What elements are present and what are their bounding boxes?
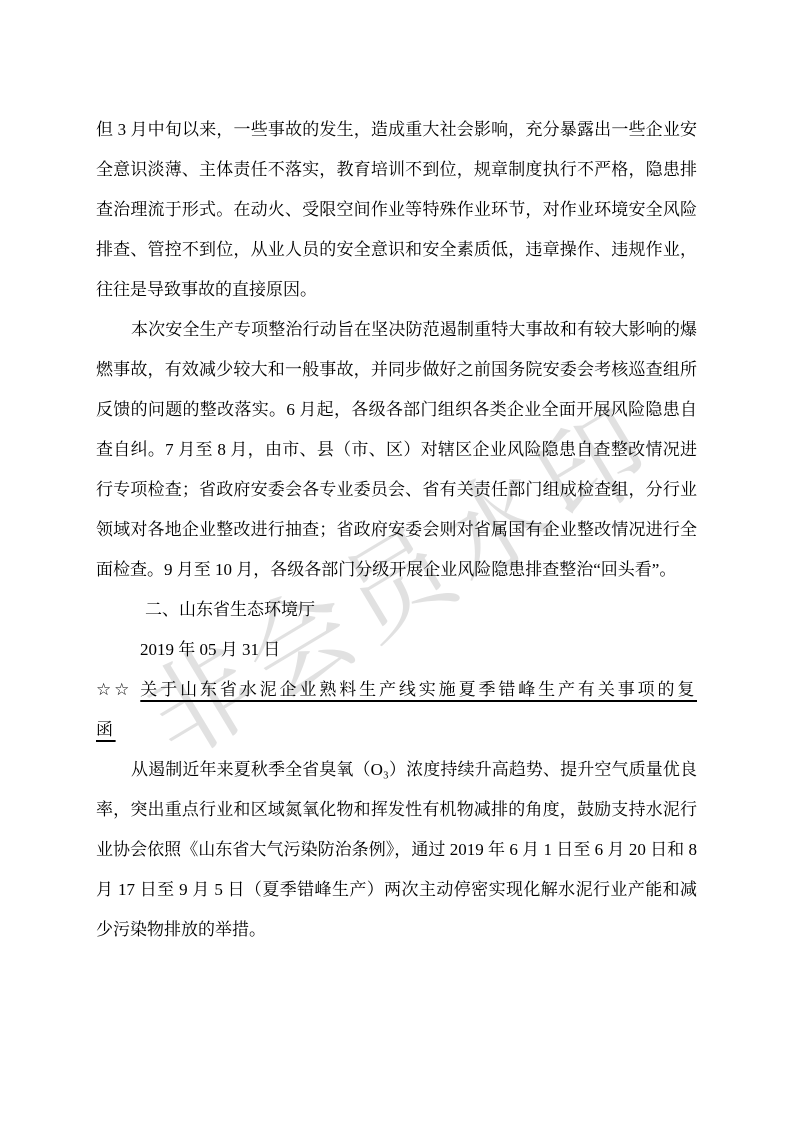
- subject-title: 关于山东省水泥企业熟料生产线实施夏季错峰生产有关事项的复函: [96, 680, 697, 739]
- paragraph-peak-shifting-production: 从遏制近年来夏秋季全省臭氧（O₃）浓度持续升高趋势、提升空气质量优良率，突出重点…: [96, 750, 697, 950]
- section-date: 2019 年 05 月 31 日: [96, 630, 697, 670]
- paragraph-safety-accidents: 但 3 月中旬以来，一些事故的发生，造成重大社会影响，充分暴露出一些企业安全意识…: [96, 110, 697, 310]
- document-content: 但 3 月中旬以来，一些事故的发生，造成重大社会影响，充分暴露出一些企业安全意识…: [96, 0, 697, 950]
- section-heading-ecology-department: 二、山东省生态环境厅: [96, 590, 697, 630]
- star-icons: ☆☆: [96, 680, 132, 699]
- subject-line: ☆☆关于山东省水泥企业熟料生产线实施夏季错峰生产有关事项的复函: [96, 670, 697, 750]
- paragraph-special-rectification: 本次安全生产专项整治行动旨在坚决防范遏制重特大事故和有较大影响的爆燃事故，有效减…: [96, 310, 697, 590]
- document-page: 非会员水印 但 3 月中旬以来，一些事故的发生，造成重大社会影响，充分暴露出一些…: [0, 0, 793, 1122]
